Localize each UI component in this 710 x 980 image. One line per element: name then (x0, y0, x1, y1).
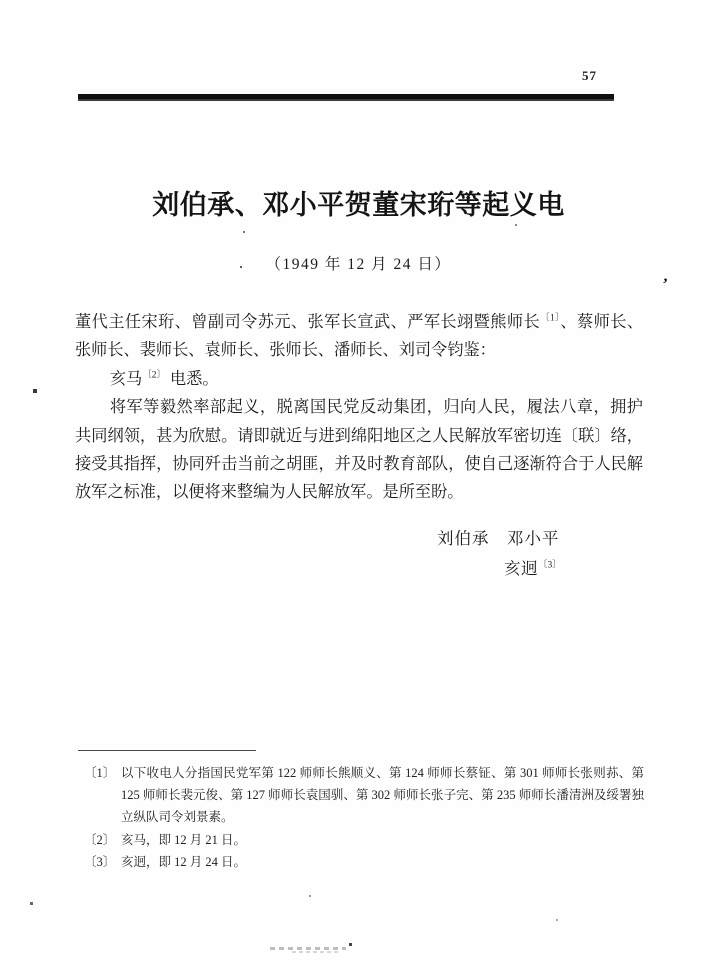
document-body: 董代主任宋珩、曾副司令苏元、张军长宣武、严军长翊暨熊师长〔1〕、蔡师长、张师长、… (75, 308, 643, 507)
scan-artifact-speck (556, 919, 558, 921)
document-page: 57 刘伯承、邓小平贺董宋珩等起义电 （1949 年 12 月 24 日） 董代… (0, 0, 710, 980)
paragraph-1: 亥马〔2〕 电悉。 (75, 365, 643, 393)
footnote-3-text: 亥迥，即 12 月 24 日。 (121, 851, 644, 873)
scan-artifact-speck (243, 231, 245, 233)
scan-artifact-speck (349, 943, 352, 946)
scan-artifact-apostrophe: ’ (661, 276, 669, 295)
footnote-ref-3: 〔3〕 (538, 561, 562, 571)
signature-names: 刘伯承 邓小平 (437, 525, 560, 549)
footnote-2-text: 亥马，即 12 月 21 日。 (121, 829, 644, 851)
footnote-1: 〔1〕 以下收电人分指国民党军第 122 师师长熊顺义、第 124 师师长蔡钲、… (84, 762, 644, 829)
scan-artifact-speck (515, 224, 517, 226)
paragraph-1-text-cont: 电悉。 (166, 370, 219, 388)
footnote-1-text: 以下收电人分指国民党军第 122 师师长熊顺义、第 124 师师长蔡钲、第 30… (121, 762, 644, 829)
footnote-2-label: 〔2〕 (84, 829, 121, 851)
scan-artifact-speck (30, 902, 33, 905)
document-title: 刘伯承、邓小平贺董宋珩等起义电 (75, 183, 642, 222)
scan-artifact-smudge (292, 951, 340, 953)
footnote-1-label: 〔1〕 (84, 762, 121, 829)
footnote-ref-1: 〔1〕 (540, 314, 560, 324)
paragraph-1-text: 亥马 (110, 370, 142, 388)
document-date: （1949 年 12 月 24 日） (75, 252, 642, 274)
footnote-2: 〔2〕 亥马，即 12 月 21 日。 (84, 829, 644, 851)
salutation-text: 董代主任宋珩、曾副司令苏元、张军长宣武、严军长翊暨熊师长 (75, 313, 540, 331)
footnote-3: 〔3〕 亥迥，即 12 月 24 日。 (84, 851, 644, 873)
signature-date-text: 亥迥 (504, 559, 538, 578)
scan-artifact-smudge (270, 947, 346, 950)
footnotes: 〔1〕 以下收电人分指国民党军第 122 师师长熊顺义、第 124 师师长蔡钲、… (84, 762, 644, 873)
scan-artifact-speck (33, 389, 37, 393)
footnote-ref-2: 〔2〕 (142, 370, 166, 380)
paragraph-2: 将军等毅然率部起义，脱离国民党反动集团，归向人民，履法八章，拥护共同纲领，甚为欣… (75, 393, 643, 507)
header-rule (78, 94, 614, 101)
signature-date: 亥迥〔3〕 (504, 555, 562, 579)
page-number: 57 (582, 68, 597, 84)
scan-artifact-speck (309, 895, 311, 897)
footnote-divider (78, 750, 256, 751)
footnote-3-label: 〔3〕 (84, 851, 121, 873)
salutation-paragraph: 董代主任宋珩、曾副司令苏元、张军长宣武、严军长翊暨熊师长〔1〕、蔡师长、张师长、… (75, 308, 643, 365)
